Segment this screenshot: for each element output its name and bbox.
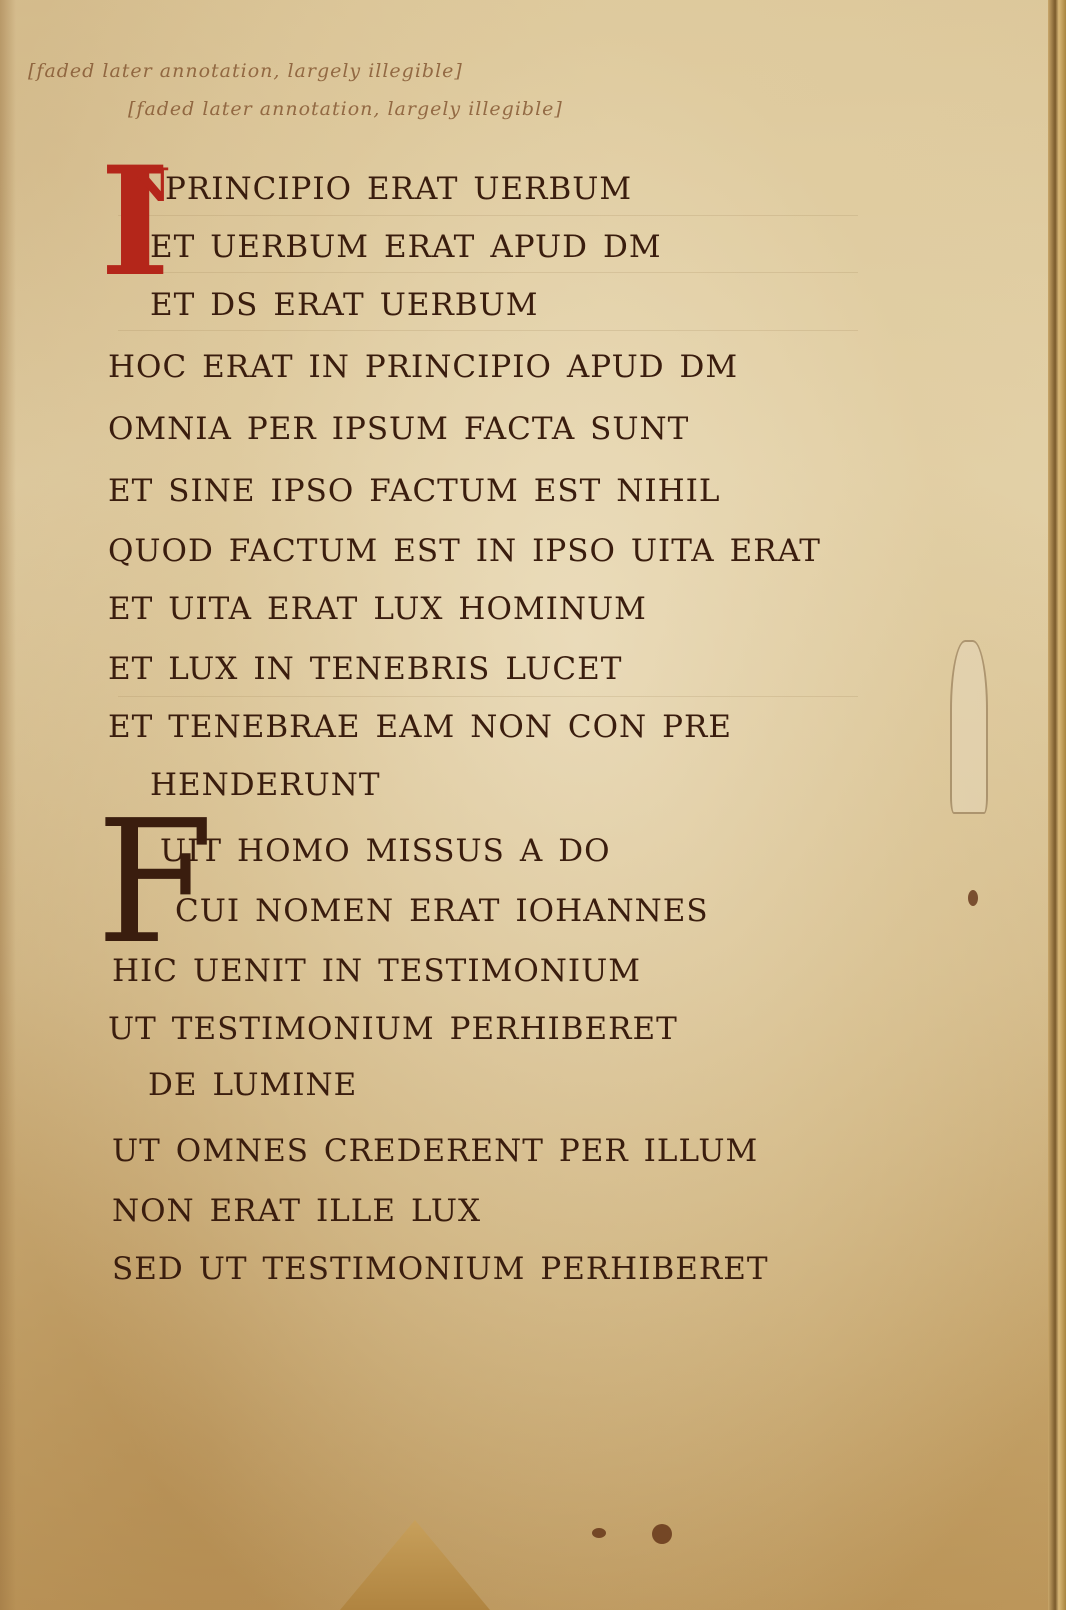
text-line: et uita erat lux hominum xyxy=(108,580,647,630)
text-line: et lux in tenebris lucet xyxy=(108,640,622,690)
text-line: uit homo missus a do xyxy=(160,822,611,872)
text-line: ut omnes crederent per illum xyxy=(112,1122,758,1172)
initial-N-rubric: N xyxy=(128,160,170,210)
text-line: et sine ipso factum est nihil xyxy=(108,462,720,512)
text-line: omnia per ipsum facta sunt xyxy=(108,400,689,450)
text-line: ut testimonium perhiberet xyxy=(108,1000,678,1050)
initial-I-rubric: I xyxy=(100,152,130,292)
text-line: et uerbum erat apud dm xyxy=(150,218,662,268)
right-page-edge xyxy=(1048,0,1066,1610)
text-line: de lumine xyxy=(148,1056,357,1106)
text-line: et ds erat uerbum xyxy=(150,276,538,326)
text-line: hic uenit in testimonium xyxy=(112,942,641,992)
text-line: et tenebrae eam non con pre xyxy=(108,698,732,748)
text-line: quod factum est in ipso uita erat xyxy=(108,522,821,572)
text-line: hoc erat in principio apud dm xyxy=(108,338,738,388)
text-line: non erat ille lux xyxy=(112,1182,481,1232)
text-line: principio erat uerbum xyxy=(165,160,632,210)
gospel-text: I N principio erat uerbum et uerbum erat… xyxy=(0,0,1050,1610)
text-line: sed ut testimonium perhiberet xyxy=(112,1240,769,1290)
text-line: cui nomen erat iohannes xyxy=(175,882,709,932)
